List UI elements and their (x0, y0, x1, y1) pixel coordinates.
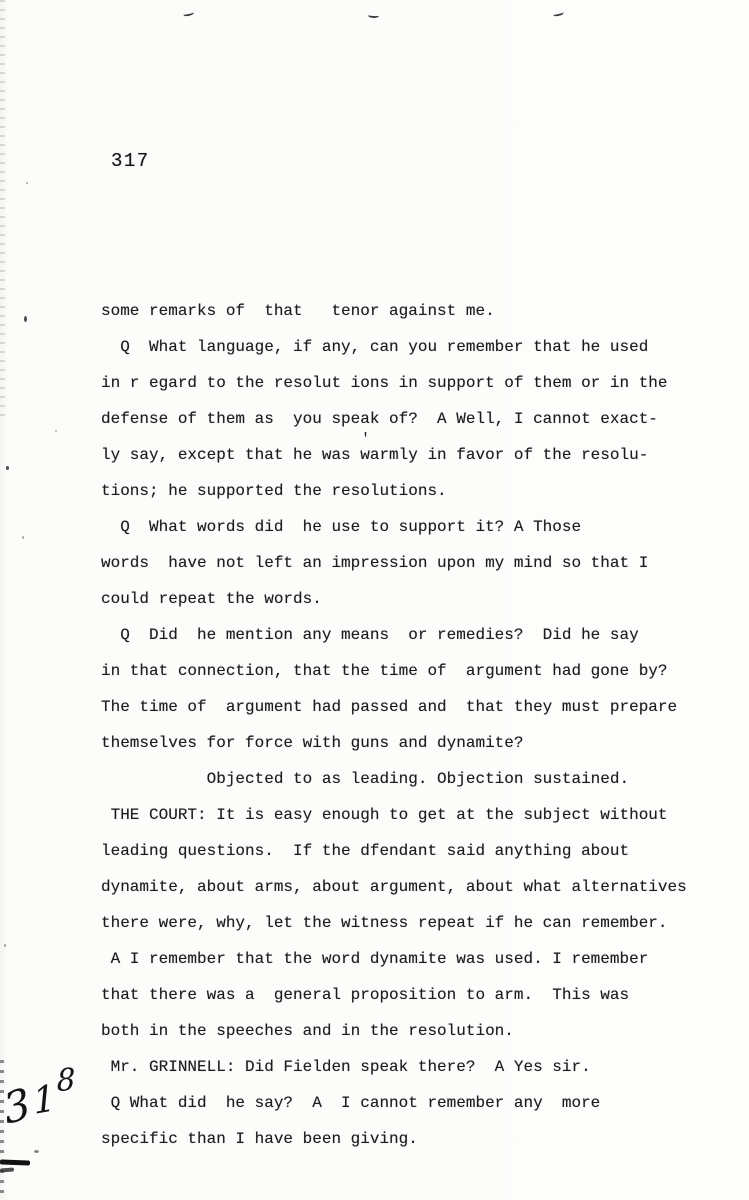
transcript-line: that there was a general proposition to … (101, 977, 721, 1013)
transcript-line: there were, why, let the witness repeat … (101, 905, 721, 941)
stray-ink-mark: ' (361, 431, 370, 448)
handwritten-digit: 3 (0, 1083, 33, 1130)
transcript-line: in that connection, that the time of arg… (101, 653, 721, 689)
transcript-line: Q Did he mention any means or remedies? … (101, 617, 721, 653)
transcript-line: ly say, except that he was warmly in fav… (101, 437, 721, 473)
scan-tick-mark (183, 10, 195, 17)
scan-speckle (26, 182, 28, 184)
transcript-body: some remarks of that tenor against me. Q… (101, 293, 721, 1157)
handwritten-digit: 1 (31, 1081, 57, 1121)
scan-edge-noise (0, 0, 5, 420)
transcript-line: A I remember that the word dynamite was … (101, 941, 721, 977)
transcript-line: in r egard to the resolut ions in suppor… (101, 365, 721, 401)
transcript-line: could repeat the words. (101, 581, 721, 617)
transcript-line: THE COURT: It is easy enough to get at t… (101, 797, 721, 833)
scan-speckle (22, 536, 24, 539)
scan-smudge (0, 1159, 30, 1165)
handwritten-page-number: 3 1 8 (0, 1070, 80, 1130)
transcript-line: Objected to as leading. Objection sustai… (101, 761, 721, 797)
scan-speckle (4, 944, 6, 947)
transcript-line: dynamite, about arms, about argument, ab… (101, 869, 721, 905)
scan-speckle (6, 466, 9, 470)
scan-tick-mark (553, 10, 565, 17)
transcript-line: Q What words did he use to support it? A… (101, 509, 721, 545)
transcript-line: tions; he supported the resolutions. (101, 473, 721, 509)
scan-edge-noise (0, 1060, 4, 1200)
scan-speckle (55, 430, 57, 432)
transcript-line: Q What language, if any, can you remembe… (101, 329, 721, 365)
handwritten-digit: 8 (56, 1065, 75, 1097)
scan-speckle (24, 316, 27, 322)
transcript-line: Mr. GRINNELL: Did Fielden speak there? A… (101, 1049, 721, 1085)
transcript-line: both in the speeches and in the resoluti… (101, 1013, 721, 1049)
transcript-line: Q What did he say? A I cannot remember a… (101, 1085, 721, 1121)
scan-smudge (34, 1150, 39, 1153)
transcript-line: defense of them as you speak of? A Well,… (101, 401, 721, 437)
transcript-line: specific than I have been giving. (101, 1121, 721, 1157)
document-page: 317 some remarks of that tenor against m… (0, 0, 749, 1200)
transcript-line: some remarks of that tenor against me. (101, 293, 721, 329)
transcript-line: themselves for force with guns and dynam… (101, 725, 721, 761)
transcript-line: leading questions. If the dfendant said … (101, 833, 721, 869)
page-number: 317 (111, 150, 150, 172)
scan-tick-mark (368, 13, 379, 19)
scan-smudge (0, 1168, 14, 1173)
transcript-line: words have not left an impression upon m… (101, 545, 721, 581)
transcript-line: The time of argument had passed and that… (101, 689, 721, 725)
